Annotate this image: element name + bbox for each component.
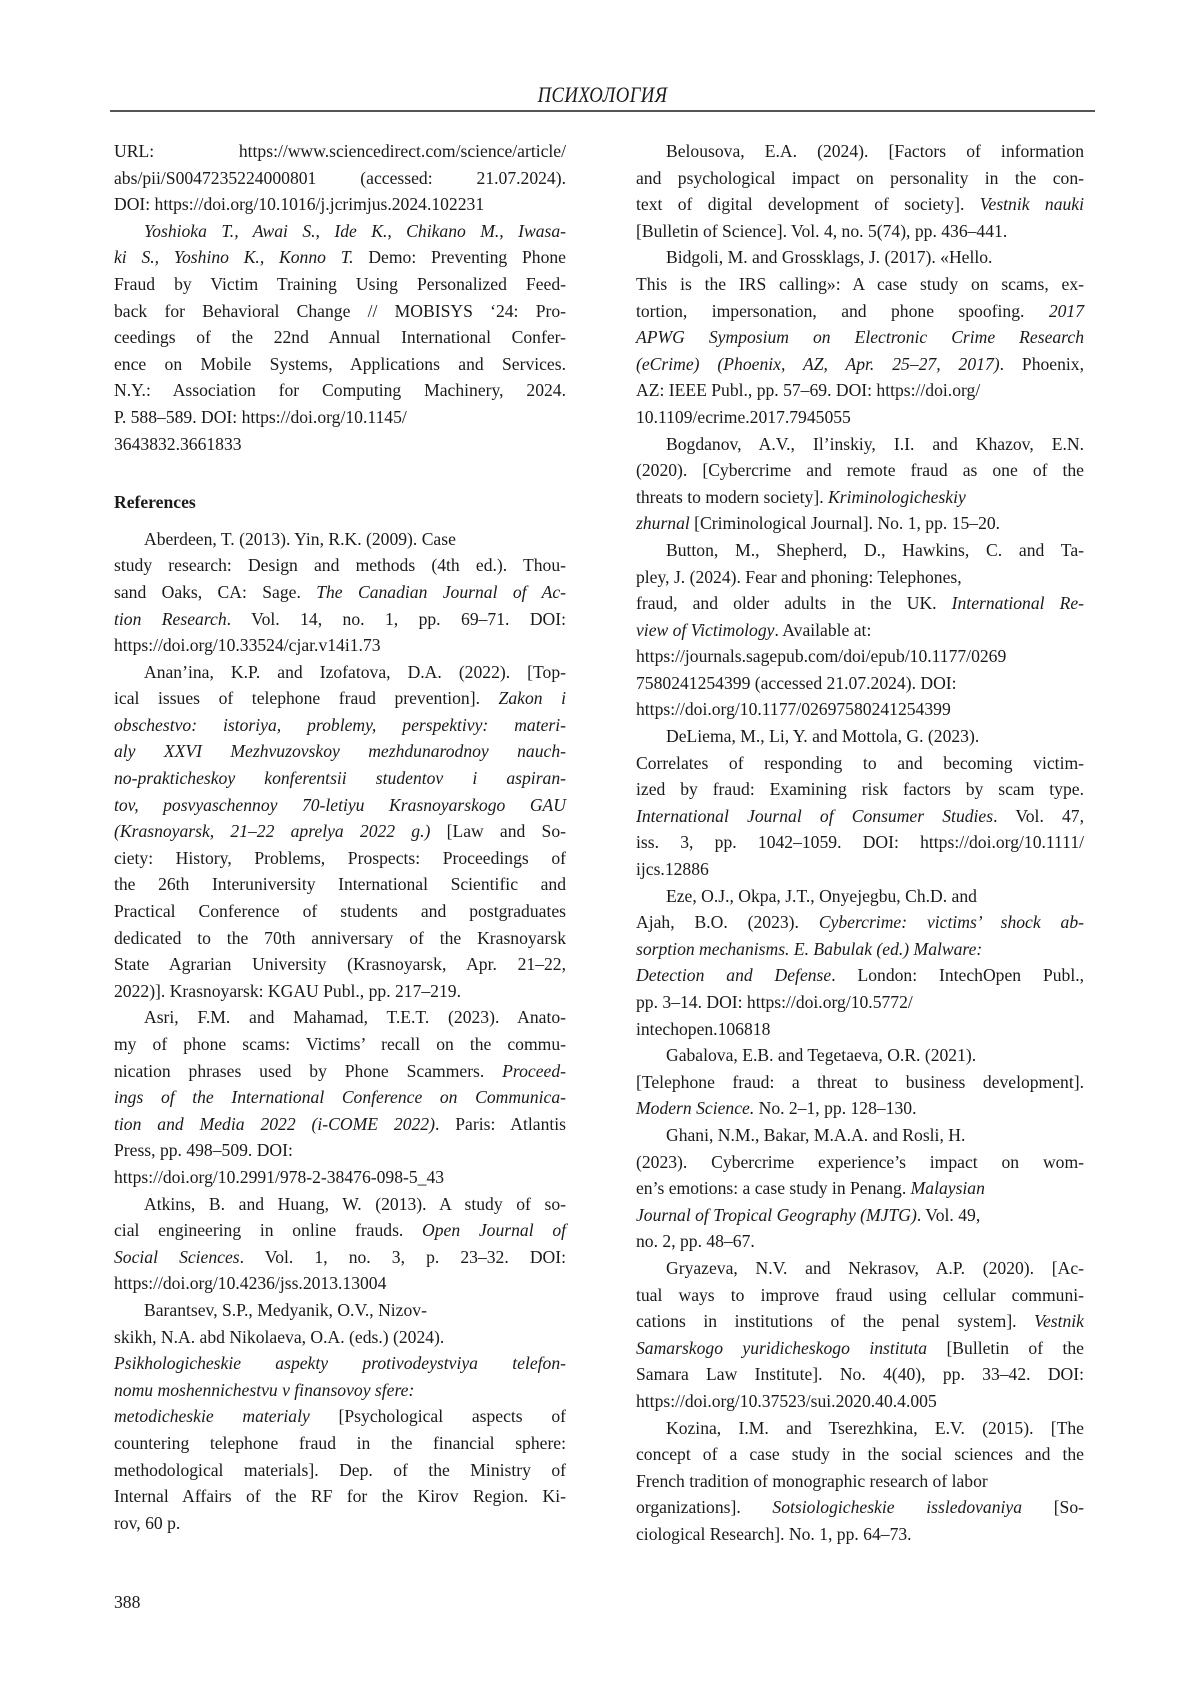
- ref-line: Social Sciences. Vol. 1, no. 3, p. 23–32…: [114, 1244, 566, 1271]
- ref-text: This is the IRS calling»: A case study o…: [636, 271, 1084, 298]
- ref-text: pp. 3–14. DOI: https://doi.org/10.5772/: [636, 989, 1084, 1016]
- ref-text: 2022)]. Krasnoyarsk: KGAU Publ., pp. 217…: [114, 978, 566, 1005]
- ref-text: [So-: [1022, 1497, 1084, 1517]
- ref-text: Barantsev, S.P., Medyanik, O.V., Nizov-: [114, 1297, 566, 1324]
- ref-text: . Available at:: [774, 620, 871, 640]
- ref-text: (2020). [Cybercrime and remote fraud as …: [636, 457, 1084, 484]
- ref-text: Asri, F.M. and Mahamad, T.E.T. (2023). A…: [114, 1004, 566, 1031]
- ref-text: . Vol. 49,: [917, 1205, 980, 1225]
- ref-text: [Bulletin of the: [927, 1338, 1084, 1358]
- ref-italic-text: tion and Media 2022 (i-COME 2022): [114, 1114, 435, 1134]
- ref-text: threats to modern society].: [636, 487, 828, 507]
- ref-text: methodological materials]. Dep. of the M…: [114, 1457, 566, 1484]
- ref-italic-text: tion Research: [114, 609, 227, 629]
- ref-line: fraud, and older adults in the UK. Inter…: [636, 590, 1084, 617]
- ref-italic-text: Proceed-: [502, 1061, 566, 1081]
- running-title: ПСИХОЛОГИЯ: [184, 82, 1021, 108]
- ref-text: Ajah, B.O. (2023).: [636, 912, 819, 932]
- ref-line: sand Oaks, CA: Sage. The Canadian Journa…: [114, 579, 566, 606]
- ref-italic-text: no-prakticheskoy konferentsii studentov …: [114, 768, 566, 788]
- ref-line: en’s emotions: a case study in Penang. M…: [636, 1175, 1084, 1202]
- ref-line: threats to modern society]. Kriminologic…: [636, 484, 1084, 511]
- ref-line: URL: https://www.sciencedirect.com/scien…: [114, 138, 566, 165]
- ref-italic-text: Journal of Tropical Geography (MJTG): [636, 1205, 917, 1225]
- reference-kozina: Kozina, I.M. and Tserezhkina, E.V. (2015…: [636, 1415, 1084, 1548]
- ref-text: [Law and So-: [430, 821, 566, 841]
- ref-text: sand Oaks, CA: Sage.: [114, 582, 316, 602]
- ref-text: 7580241254399 (accessed 21.07.2024). DOI…: [636, 670, 1084, 697]
- ref-text: ciety: History, Problems, Prospects: Pro…: [114, 845, 566, 872]
- ref-italic-text: obschestvo: istoriya, problemy, perspekt…: [114, 715, 566, 735]
- ref-text: Gabalova, E.B. and Tegetaeva, O.R. (2021…: [636, 1042, 1084, 1069]
- reference-ananina: Anan’ina, K.P. and Izofatova, D.A. (2022…: [114, 659, 566, 1005]
- ref-line: Fraud by Victim Training Using Personali…: [114, 271, 566, 298]
- ref-text: https://doi.org/10.4236/jss.2013.13004: [114, 1270, 566, 1297]
- page-number: 388: [114, 1592, 140, 1613]
- ref-line: ings of the International Conference on …: [114, 1084, 566, 1111]
- ref-text: skikh, N.A. abd Nikolaeva, O.A. (eds.) (…: [114, 1324, 566, 1351]
- ref-italic-text: Modern Science.: [636, 1098, 754, 1118]
- ref-text: French tradition of monographic research…: [636, 1468, 1084, 1495]
- ref-text: Demo: Preventing Phone: [354, 247, 566, 267]
- ref-text: [Criminological Journal]. No. 1, pp. 15–…: [690, 513, 1000, 533]
- ref-text: Bogdanov, A.V., Il’inskiy, I.I. and Khaz…: [636, 431, 1084, 458]
- ref-text: https://doi.org/10.1177/0269758024125439…: [636, 696, 1084, 723]
- ref-line: Aberdeen, T. (2013). Yin, R.K. (2009). C…: [114, 526, 566, 553]
- ref-italic-text: Vestnik: [1034, 1311, 1084, 1331]
- ref-text: ijcs.12886: [636, 856, 1084, 883]
- ref-italic-text: (Krasnoyarsk, 21–22 aprelya 2022 g.): [114, 821, 430, 841]
- ref-line: cial engineering in online frauds. Open …: [114, 1217, 566, 1244]
- ref-text: organizations].: [636, 1497, 772, 1517]
- reference-deliema: DeLiema, M., Li, Y. and Mottola, G. (202…: [636, 723, 1084, 883]
- ref-line: 3643832.3661833: [114, 431, 566, 458]
- ref-italic-text: Zakon i: [499, 688, 566, 708]
- ref-text: text of digital development of society].: [636, 194, 980, 214]
- ref-line: Yoshioka T., Awai S., Ide K., Chikano M.…: [114, 218, 566, 245]
- ref-line: ical issues of telephone fraud preventio…: [114, 685, 566, 712]
- reference-eze: Eze, O.J., Okpa, J.T., Onyejegbu, Ch.D. …: [636, 883, 1084, 1043]
- ref-text: Bidgoli, M. and Grossklags, J. (2017). «…: [636, 244, 1084, 271]
- ref-italic-text: Kriminologicheskiy: [828, 487, 966, 507]
- ref-italic-text: Cybercrime: victims’ shock ab-: [819, 912, 1084, 932]
- ref-text: State Agrarian University (Krasnoyarsk, …: [114, 951, 566, 978]
- ref-text: . Paris: Atlantis: [435, 1114, 566, 1134]
- ref-line: Journal of Tropical Geography (MJTG). Vo…: [636, 1202, 1084, 1229]
- ref-line: nication phrases used by Phone Scammers.…: [114, 1058, 566, 1085]
- reference-bogdanov: Bogdanov, A.V., Il’inskiy, I.I. and Khaz…: [636, 431, 1084, 537]
- ref-line: tortion, impersonation, and phone spoofi…: [636, 298, 1084, 325]
- ref-line: obschestvo: istoriya, problemy, perspekt…: [114, 712, 566, 739]
- ref-line: back for Behavioral Change // MOBISYS ‘2…: [114, 298, 566, 325]
- references-heading: References: [114, 489, 566, 516]
- right-column: Belousova, E.A. (2024). [Factors of info…: [636, 138, 1084, 1547]
- ref-text: ciological Research]. No. 1, pp. 64–73.: [636, 1521, 1084, 1548]
- reference-asri: Asri, F.M. and Mahamad, T.E.T. (2023). A…: [114, 1004, 566, 1190]
- ref-text: fraud, and older adults in the UK.: [636, 593, 952, 613]
- reference-aberdeen: Aberdeen, T. (2013). Yin, R.K. (2009). C…: [114, 526, 566, 659]
- ref-line: aly XXVI Mezhvuzovskoy mezhdunarodnoy na…: [114, 738, 566, 765]
- ref-authors: ki S., Yoshino K., Konno T.: [114, 247, 354, 267]
- reference-continued: URL: https://www.sciencedirect.com/scien…: [114, 138, 566, 218]
- ref-italic-text: International Re-: [952, 593, 1084, 613]
- ref-text: pley, J. (2024). Fear and phoning: Telep…: [636, 564, 1084, 591]
- ref-text: [Psychological aspects of: [310, 1406, 566, 1426]
- ref-line: organizations]. Sotsiologicheskie issled…: [636, 1494, 1084, 1521]
- reference-button: Button, M., Shepherd, D., Hawkins, C. an…: [636, 537, 1084, 723]
- ref-italic-text: 2017: [1049, 301, 1084, 321]
- ref-text: rov, 60 p.: [114, 1510, 566, 1537]
- ref-italic-text: view of Victimology: [636, 620, 774, 640]
- ref-line: ceedings of the 22nd Annual Internationa…: [114, 324, 566, 351]
- ref-text: dedicated to the 70th anniversary of the…: [114, 925, 566, 952]
- ref-line: P. 588–589. DOI: https://doi.org/10.1145…: [114, 404, 566, 431]
- ref-italic-text: The Canadian Journal of Ac-: [316, 582, 566, 602]
- ref-text: intechopen.106818: [636, 1016, 1084, 1043]
- ref-line: https://doi.org/10.33524/cjar.v14i1.73: [114, 632, 566, 659]
- ref-text: Button, M., Shepherd, D., Hawkins, C. an…: [636, 537, 1084, 564]
- header-rule: [110, 110, 1095, 112]
- ref-text: cations in institutions of the penal sys…: [636, 1311, 1034, 1331]
- ref-line: Samarskogo yuridicheskogo instituta [Bul…: [636, 1335, 1084, 1362]
- ref-line: text of digital development of society].…: [636, 191, 1084, 218]
- ref-italic-text: sorption mechanisms. E. Babulak (ed.) Ma…: [636, 939, 982, 959]
- ref-text: Press, pp. 498–509. DOI:: [114, 1137, 566, 1164]
- ref-line: tion Research. Vol. 14, no. 1, pp. 69–71…: [114, 606, 566, 633]
- ref-text: Atkins, B. and Huang, W. (2013). A study…: [114, 1191, 566, 1218]
- left-column: URL: https://www.sciencedirect.com/scien…: [114, 138, 566, 1536]
- ref-authors: Yoshioka T., Awai S., Ide K., Chikano M.…: [144, 221, 566, 241]
- ref-text: ized by fraud: Examining risk factors by…: [636, 776, 1084, 803]
- ref-text: Samara Law Institute]. No. 4(40), pp. 33…: [636, 1361, 1084, 1388]
- reference-gryazeva: Gryazeva, N.V. and Nekrasov, A.P. (2020)…: [636, 1255, 1084, 1415]
- ref-line: sorption mechanisms. E. Babulak (ed.) Ma…: [636, 936, 1084, 963]
- ref-text: tual ways to improve fraud using cellula…: [636, 1282, 1084, 1309]
- ref-text: concept of a case study in the social sc…: [636, 1441, 1084, 1468]
- ref-text: Belousova, E.A. (2024). [Factors of info…: [636, 138, 1084, 165]
- ref-italic-text: aly XXVI Mezhvuzovskoy mezhdunarodnoy na…: [114, 741, 566, 761]
- ref-italic-text: ings of the International Conference on …: [114, 1087, 566, 1107]
- ref-italic-text: Detection and Defense: [636, 965, 831, 985]
- ref-text: DeLiema, M., Li, Y. and Mottola, G. (202…: [636, 723, 1084, 750]
- reference-ghani: Ghani, N.M., Bakar, M.A.A. and Rosli, H.…: [636, 1122, 1084, 1255]
- ref-line: DOI: https://doi.org/10.1016/j.jcrimjus.…: [114, 191, 566, 218]
- ref-line: cations in institutions of the penal sys…: [636, 1308, 1084, 1335]
- ref-text: Kozina, I.M. and Tserezhkina, E.V. (2015…: [636, 1415, 1084, 1442]
- ref-line: nomu moshennichestvu v finansovoy sfere:: [114, 1377, 566, 1404]
- ref-text: nication phrases used by Phone Scammers.: [114, 1061, 502, 1081]
- ref-italic-text: zhurnal: [636, 513, 690, 533]
- ref-italic-text: metodicheskie materialy: [114, 1406, 310, 1426]
- ref-italic-text: APWG Symposium on Electronic Crime Resea…: [636, 327, 1084, 347]
- ref-text: no. 2, pp. 48–67.: [636, 1228, 1084, 1255]
- ref-text: https://doi.org/10.2991/978-2-38476-098-…: [114, 1164, 566, 1191]
- ref-italic-text: (eCrime) (Phoenix, AZ, Apr. 25–27, 2017): [636, 354, 1000, 374]
- ref-text: . Phoenix,: [1000, 354, 1084, 374]
- ref-italic-text: Open Journal of: [422, 1220, 566, 1240]
- ref-italic-text: Social Sciences: [114, 1247, 240, 1267]
- ref-italic-text: Samarskogo yuridicheskogo instituta: [636, 1338, 927, 1358]
- ref-line: APWG Symposium on Electronic Crime Resea…: [636, 324, 1084, 351]
- ref-text: en’s emotions: a case study in Penang.: [636, 1178, 911, 1198]
- ref-text: https://doi.org/10.37523/sui.2020.40.4.0…: [636, 1388, 1084, 1415]
- ref-line: tion and Media 2022 (i-COME 2022). Paris…: [114, 1111, 566, 1138]
- ref-text: https://journals.sagepub.com/doi/epub/10…: [636, 643, 1084, 670]
- reference-yoshioka: Yoshioka T., Awai S., Ide K., Chikano M.…: [114, 218, 566, 457]
- ref-text: ical issues of telephone fraud preventio…: [114, 688, 499, 708]
- ref-text: the 26th Interuniversity International S…: [114, 871, 566, 898]
- ref-text: . London: IntechOpen Publ.,: [831, 965, 1084, 985]
- ref-line: zhurnal [Criminological Journal]. No. 1,…: [636, 510, 1084, 537]
- ref-italic-text: Sotsiologicheskie issledovaniya: [772, 1497, 1022, 1517]
- ref-line: Detection and Defense. London: IntechOpe…: [636, 962, 1084, 989]
- ref-line: ence on Mobile Systems, Applications and…: [114, 351, 566, 378]
- ref-italic-text: Malaysian: [911, 1178, 985, 1198]
- ref-line: no-prakticheskoy konferentsii studentov …: [114, 765, 566, 792]
- ref-text: . Vol. 14, no. 1, pp. 69–71. DOI:: [227, 609, 566, 629]
- ref-text: . Vol. 47,: [993, 806, 1084, 826]
- ref-text: Correlates of responding to and becoming…: [636, 750, 1084, 777]
- ref-italic-text: Psikhologicheskie aspekty protivodeystvi…: [114, 1353, 566, 1373]
- ref-text: countering telephone fraud in the financ…: [114, 1430, 566, 1457]
- ref-line: (Krasnoyarsk, 21–22 aprelya 2022 g.) [La…: [114, 818, 566, 845]
- ref-text: cial engineering in online frauds.: [114, 1220, 422, 1240]
- ref-text: [Telephone fraud: a threat to business d…: [636, 1069, 1084, 1096]
- ref-line: N.Y.: Association for Computing Machiner…: [114, 377, 566, 404]
- ref-line: ki S., Yoshino K., Konno T. Demo: Preven…: [114, 244, 566, 271]
- ref-text: iss. 3, pp. 1042–1059. DOI: https://doi.…: [636, 829, 1084, 856]
- ref-text: . Vol. 1, no. 3, p. 23–32. DOI:: [240, 1247, 566, 1267]
- reference-bidgoli: Bidgoli, M. and Grossklags, J. (2017). «…: [636, 244, 1084, 430]
- ref-text: No. 2–1, pp. 128–130.: [754, 1098, 916, 1118]
- ref-text: and psychological impact on personality …: [636, 165, 1084, 192]
- ref-line: (eCrime) (Phoenix, AZ, Apr. 25–27, 2017)…: [636, 351, 1084, 378]
- ref-italic-text: Vestnik nauki: [980, 194, 1084, 214]
- ref-italic-text: nomu moshennichestvu v finansovoy sfere:: [114, 1380, 414, 1400]
- ref-text: Ghani, N.M., Bakar, M.A.A. and Rosli, H.: [636, 1122, 1084, 1149]
- ref-text: Practical Conference of students and pos…: [114, 898, 566, 925]
- ref-text: (2023). Cybercrime experience’s impact o…: [636, 1149, 1084, 1176]
- ref-line: Ajah, B.O. (2023). Cybercrime: victims’ …: [636, 909, 1084, 936]
- reference-gabalova: Gabalova, E.B. and Tegetaeva, O.R. (2021…: [636, 1042, 1084, 1122]
- ref-text: 10.1109/ecrime.2017.7945055: [636, 404, 1084, 431]
- reference-belousova: Belousova, E.A. (2024). [Factors of info…: [636, 138, 1084, 244]
- ref-line: Modern Science. No. 2–1, pp. 128–130.: [636, 1095, 1084, 1122]
- reference-atkins: Atkins, B. and Huang, W. (2013). A study…: [114, 1191, 566, 1297]
- ref-text: my of phone scams: Victims’ recall on th…: [114, 1031, 566, 1058]
- ref-text: Gryazeva, N.V. and Nekrasov, A.P. (2020)…: [636, 1255, 1084, 1282]
- ref-line: Psikhologicheskie aspekty protivodeystvi…: [114, 1350, 566, 1377]
- ref-italic-text: International Journal of Consumer Studie…: [636, 806, 993, 826]
- ref-text: Internal Affairs of the RF for the Kirov…: [114, 1483, 566, 1510]
- ref-line: study research: Design and methods (4th …: [114, 552, 566, 579]
- reference-barantsev: Barantsev, S.P., Medyanik, O.V., Nizov- …: [114, 1297, 566, 1536]
- ref-italic-text: tov, posvyaschennoy 70-letiyu Krasnoyars…: [114, 795, 566, 815]
- ref-text: [Bulletin of Science]. Vol. 4, no. 5(74)…: [636, 218, 1084, 245]
- ref-line: view of Victimology. Available at:: [636, 617, 1084, 644]
- ref-text: AZ: IEEE Publ., pp. 57–69. DOI: https://…: [636, 377, 1084, 404]
- ref-line: tov, posvyaschennoy 70-letiyu Krasnoyars…: [114, 792, 566, 819]
- ref-line: metodicheskie materialy [Psychological a…: [114, 1403, 566, 1430]
- ref-text: Eze, O.J., Okpa, J.T., Onyejegbu, Ch.D. …: [636, 883, 1084, 910]
- ref-text: Anan’ina, K.P. and Izofatova, D.A. (2022…: [114, 659, 566, 686]
- ref-line: International Journal of Consumer Studie…: [636, 803, 1084, 830]
- ref-line: abs/pii/S0047235224000801 (accessed: 21.…: [114, 165, 566, 192]
- ref-text: tortion, impersonation, and phone spoofi…: [636, 301, 1049, 321]
